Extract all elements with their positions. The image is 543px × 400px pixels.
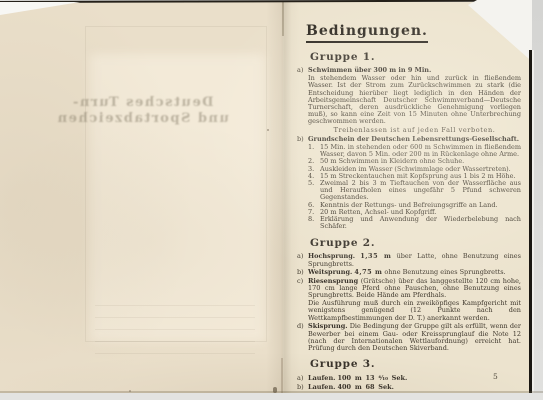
item-text: Zweimal 2 bis 3 m Tieftauchen von der Wa…	[320, 180, 521, 202]
list-item-a: a) Schwimmen über 300 m in 9 Min.	[297, 67, 521, 74]
item-label: a)	[297, 67, 308, 74]
item-text: Skisprung. Die Bedingung der Gruppe gilt…	[308, 323, 521, 352]
item-label: b)	[297, 136, 308, 143]
booklet-paper: Deutsches Turn- und Sportabzeichen Bedin…	[0, 2, 532, 393]
list-item-b: b) Laufen. 400 m 68 Sek.	[297, 383, 521, 391]
item-text: Schwimmen über 300 m in 9 Min.	[308, 67, 521, 74]
item-label: d)	[297, 323, 308, 352]
list-item-c: c) Riesensprung (Grätsche) über das lang…	[297, 278, 521, 322]
showthrough-line-1: Deutsches Turn-	[45, 95, 240, 111]
showthrough-frame	[85, 26, 267, 342]
item-label: c)	[297, 278, 308, 322]
left-page: Deutsches Turn- und Sportabzeichen	[0, 2, 283, 393]
list-item-a: a) Hochsprung. 1,35 m über Latte, ohne B…	[297, 253, 521, 267]
group-1-heading: Gruppe 1.	[310, 51, 521, 63]
item-term: Schwimmen über 300 m in 9 Min.	[308, 66, 431, 74]
item-text: Laufen. 100 m 13 ⁴⁄₁₀ Sek.	[308, 374, 521, 382]
item-term: Weitsprung.	[308, 268, 352, 276]
page-number: 5	[493, 372, 498, 381]
page-title: Bedingungen.	[306, 24, 428, 43]
item-a-note: Treibenlassen ist auf jeden Fall verbote…	[308, 127, 521, 134]
item-number: 8.	[308, 216, 320, 230]
group-3-heading: Gruppe 3.	[310, 358, 521, 370]
item-a-paragraph: In stehendem Wasser oder hin und zurück …	[308, 75, 521, 125]
item-text: Laufen. 400 m 68 Sek.	[308, 383, 521, 391]
scanned-booklet-spread: Deutsches Turn- und Sportabzeichen Bedin…	[0, 0, 543, 400]
numbered-item: 5. Zweimal 2 bis 3 m Tieftauchen von der…	[308, 180, 521, 202]
item-measure: 1,35 m	[360, 252, 391, 260]
list-item-b: b) Grundschein der Deutschen Lebensrettu…	[297, 136, 521, 143]
group-2-heading: Gruppe 2.	[310, 237, 521, 249]
showthrough-ruled-lines	[95, 305, 255, 365]
gutter-crease-bottom	[281, 358, 283, 393]
item-result: 100 m 13 ⁴⁄₁₀ Sek.	[338, 374, 408, 382]
title-block: Bedingungen.	[306, 24, 521, 43]
item-text: Hochsprung. 1,35 m über Latte, ohne Benu…	[308, 253, 521, 267]
item-number: 1.	[308, 144, 320, 158]
item-label: b)	[297, 383, 308, 391]
item-label: a)	[297, 253, 308, 267]
item-term: Laufen.	[308, 383, 335, 391]
item-text: Grundschein der Deutschen Lebensrettungs…	[308, 136, 521, 143]
showthrough-line-2: und Sportabzeichen	[45, 111, 240, 127]
item-text: 15 Min. in stehenden oder 600 m Schwimme…	[320, 144, 521, 158]
item-text: Riesensprung (Grätsche) über das langges…	[308, 278, 521, 322]
item-measure: 4,75 m	[354, 268, 382, 276]
item-body: ohne Benutzung eines Sprungbretts.	[384, 268, 505, 276]
item-text: Weitsprung. 4,75 m ohne Benutzung eines …	[308, 269, 521, 276]
item-label: a)	[297, 374, 308, 382]
list-item-a: a) Laufen. 100 m 13 ⁴⁄₁₀ Sek.	[297, 374, 521, 382]
numbered-item: 8. Erklärung und Anwendung der Wiederbel…	[308, 216, 521, 230]
item-result: 400 m 68 Sek.	[338, 383, 394, 391]
scanner-background-bottom	[0, 393, 543, 400]
page-edge-highlight	[532, 50, 534, 393]
item-text: Erklärung und Anwendung der Wiederbelebu…	[320, 216, 521, 230]
item-label: b)	[297, 269, 308, 276]
item-term: Laufen.	[308, 374, 335, 382]
numbered-item: 1. 15 Min. in stehenden oder 600 m Schwi…	[308, 144, 521, 158]
gutter-crease-top	[282, 2, 284, 36]
showthrough-title: Deutsches Turn- und Sportabzeichen	[45, 95, 240, 127]
item-number: 5.	[308, 180, 320, 202]
list-item-d: d) Skisprung. Die Bedingung der Gruppe g…	[297, 323, 521, 352]
list-item-b: b) Weitsprung. 4,75 m ohne Benutzung ein…	[297, 269, 521, 276]
item-term: Grundschein der Deutschen Lebensrettungs…	[308, 135, 519, 143]
paper-speck	[267, 129, 269, 131]
right-page-text-column: Bedingungen. Gruppe 1. a) Schwimmen über…	[297, 24, 521, 400]
booklet-right-edge	[529, 50, 532, 393]
item-body-continued: Die Ausführung muß durch ein zweiköpfige…	[308, 300, 521, 322]
